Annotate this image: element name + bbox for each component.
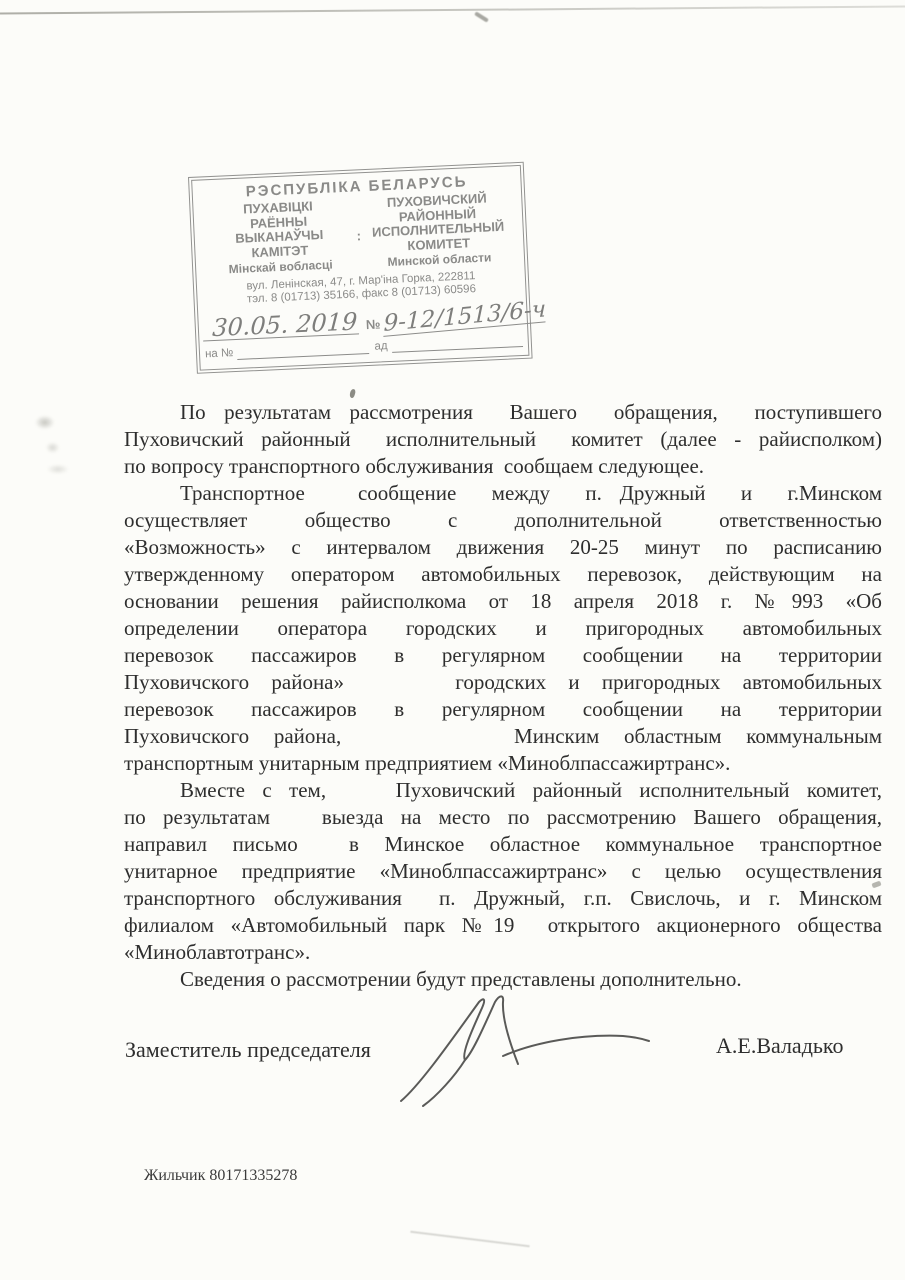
body-line: по вопросу транспортного обслуживания со…: [124, 453, 882, 480]
stamp-ref-blank-line: [391, 332, 523, 352]
handwritten-signature: [385, 980, 665, 1110]
signer-name: А.Е.Валадько: [716, 1033, 844, 1059]
body-line: По результатам рассмотрения Вашего обращ…: [124, 399, 882, 426]
letterhead-stamp: РЭСПУБЛІКА БЕЛАРУСЬ ПУХАВІЦКІ РАЁННЫ ВЫК…: [188, 162, 533, 374]
scan-artifact-top-line: [0, 5, 905, 14]
body-line: основании решения райисполкома от 18 апр…: [124, 588, 882, 615]
body-line: Вместе с тем, Пуховичский районный испол…: [124, 777, 882, 804]
body-line: транспортным унитарным предприятием «Мин…: [124, 750, 882, 777]
body-line: Пуховичского района, Минским областным к…: [124, 723, 882, 750]
letter-body: По результатам рассмотрения Вашего обращ…: [124, 399, 882, 993]
body-line: Пуховичский районный исполнительный коми…: [124, 426, 882, 453]
scan-artifact-mark: [474, 11, 489, 22]
body-line: направил письмо в Минское областное комм…: [124, 831, 882, 858]
body-line: транспортного обслуживания п. Дружный, г…: [124, 885, 882, 912]
stamp-column-belarusian: ПУХАВІЦКІ РАЁННЫ ВЫКАНАЎЧЫ КАМІТЭТ Мінск…: [198, 197, 360, 278]
body-line: «Миноблавтотранс».: [124, 939, 882, 966]
stamp-columns: ПУХАВІЦКІ РАЁННЫ ВЫКАНАЎЧЫ КАМІТЭТ Мінск…: [198, 190, 519, 278]
body-line: определении оператора городских и пригор…: [124, 615, 882, 642]
signer-position-title: Заместитель председателя: [125, 1037, 371, 1063]
body-line: перевозок пассажиров в регулярном сообще…: [124, 642, 882, 669]
stamp-ref-blank-line: [237, 339, 369, 359]
body-line: Транспортное сообщение между п. Дружный …: [124, 480, 882, 507]
stamp-ref-from-label: ад: [374, 340, 388, 354]
stamp-ref-label: на №: [205, 347, 234, 361]
scan-artifact-speck: [349, 388, 357, 398]
body-line: унитарное предприятие «Миноблпассажиртра…: [124, 858, 882, 885]
stamp-column-russian: ПУХОВИЧСКИЙ РАЙОННЫЙ ИСПОЛНИТЕЛЬНЫЙ КОМИ…: [357, 190, 519, 271]
scanned-letter-page: РЭСПУБЛІКА БЕЛАРУСЬ ПУХАВІЦКІ РАЁННЫ ВЫК…: [0, 0, 905, 1280]
handwritten-reference-number: 9-12/1513/6-ч: [383, 297, 546, 336]
body-line: по результатам выезда на место по рассмо…: [124, 804, 882, 831]
body-line: осуществляет общество с дополнительной о…: [124, 507, 882, 534]
scan-artifact-smudge: [24, 408, 76, 480]
scan-artifact-streak: [410, 1231, 529, 1248]
stamp-number-label: №: [366, 316, 381, 332]
handwritten-date: 30.05. 2019: [203, 309, 360, 341]
body-line: «Возможность» с интервалом движения 20-2…: [124, 534, 882, 561]
body-line: утвержденному оператором автомобильных п…: [124, 561, 882, 588]
executor-contact: Жильчик 80171335278: [144, 1167, 297, 1185]
stamp-column-separator: :: [356, 228, 361, 243]
body-line: Пуховичского района» городских и пригоро…: [124, 669, 882, 696]
body-line: филиалом «Автомобильный парк №19 открыто…: [124, 912, 882, 939]
body-line: перевозок пассажиров в регулярном сообще…: [124, 696, 882, 723]
